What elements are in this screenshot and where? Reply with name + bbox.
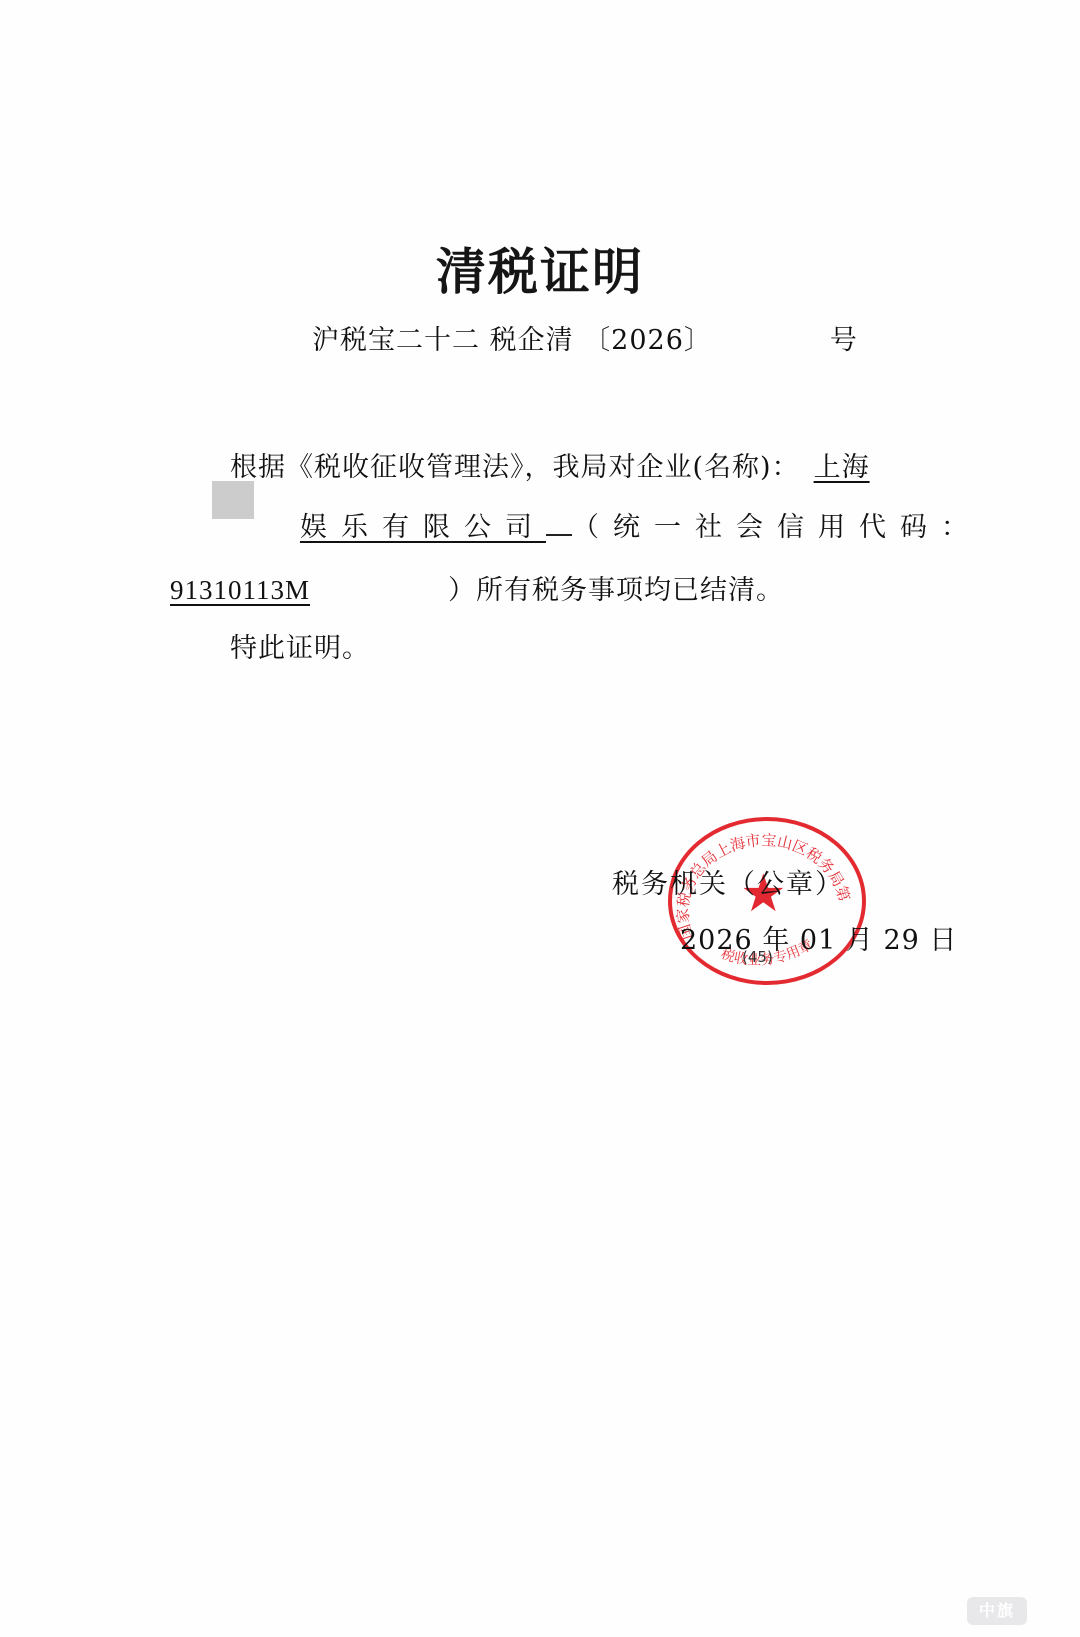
date-month-unit: 月 — [846, 925, 874, 956]
body-line-3-suffix: ）所有税务事项均已结清。 — [448, 575, 784, 606]
date-day-unit: 日 — [929, 925, 957, 956]
document-number-suffix: 号 — [830, 325, 858, 356]
document-number-prefix: 沪税宝二十二 税企清 〔2026〕 — [312, 325, 712, 356]
company-name-start: 上海 — [800, 452, 870, 483]
issue-date: 2026 年 01 月 29 日 — [680, 918, 957, 957]
body-line-1-prefix: 根据《税收征收管理法》，我局对企业(名称)： — [230, 452, 800, 483]
date-year: 2026 — [680, 925, 753, 956]
source-watermark: 中旗 — [967, 1597, 1027, 1625]
body-line-3: 91310113M）所有税务事项均已结清。 — [170, 568, 784, 607]
redaction-block — [212, 481, 254, 519]
date-day: 29 — [883, 925, 919, 956]
body-line-1: 根据《税收征收管理法》，我局对企业(名称)：上海 — [230, 445, 870, 484]
document-title: 清税证明 — [0, 232, 1080, 304]
company-name-end: 娱乐有限公司 — [300, 512, 546, 543]
body-line-2: 娱乐有限公司（统一社会信用代码： — [300, 505, 982, 544]
underline-fill — [546, 506, 572, 536]
document-number: 沪税宝二十二 税企清 〔2026〕号 — [312, 318, 858, 357]
date-year-unit: 年 — [762, 925, 790, 956]
credit-code: 91310113M — [170, 575, 310, 605]
credit-code-label: （统一社会信用代码： — [572, 512, 982, 543]
document-page: 清税证明 沪税宝二十二 税企清 〔2026〕号 根据《税收征收管理法》，我局对企… — [0, 0, 1080, 1637]
authority-seal-label: 税务机关（公章） — [612, 862, 844, 901]
date-month: 01 — [800, 925, 836, 956]
closing-text: 特此证明。 — [230, 626, 370, 665]
